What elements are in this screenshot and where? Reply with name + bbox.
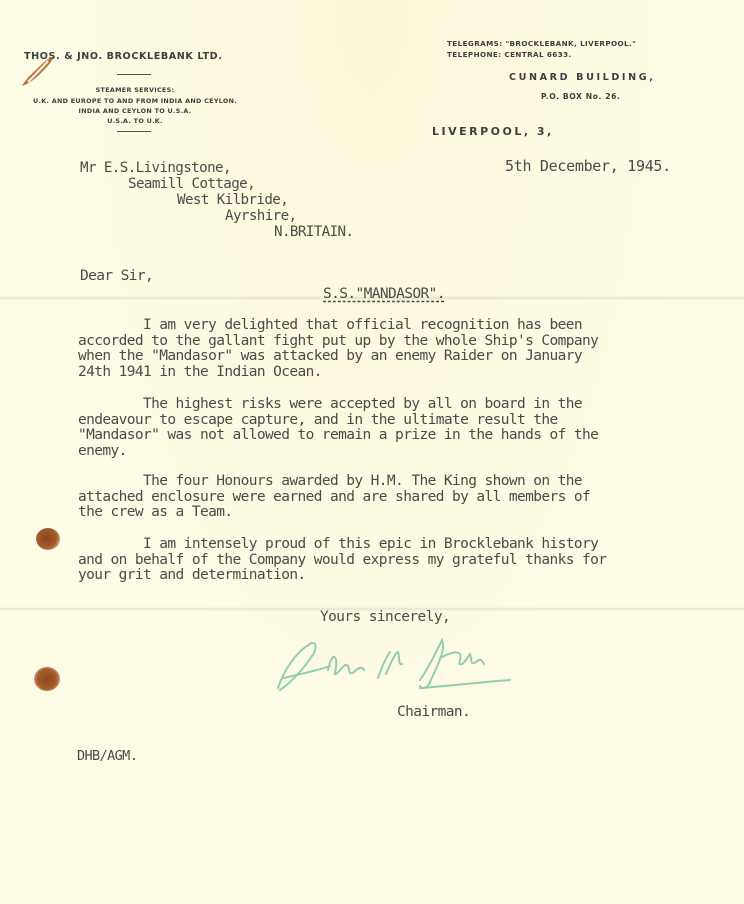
text-line: attached enclosure were earned and are s… bbox=[78, 490, 718, 506]
body-paragraph: The highest risks were accepted by all o… bbox=[78, 397, 718, 459]
text-line: and on behalf of the Company would expre… bbox=[78, 553, 718, 569]
divider bbox=[117, 131, 151, 132]
stain-mark bbox=[34, 667, 60, 691]
building-name: CUNARD BUILDING, bbox=[509, 72, 655, 83]
signatory-title: Chairman. bbox=[397, 704, 470, 720]
services-title: STEAMER SERVICES: bbox=[10, 86, 260, 94]
service-route: INDIA AND CEYLON TO U.S.A. bbox=[10, 107, 260, 115]
service-route: U.K. AND EUROPE TO AND FROM INDIA AND CE… bbox=[10, 97, 260, 105]
address-line: Mr E.S.Livingstone, bbox=[80, 160, 231, 176]
text-line: "Mandasor" was not allowed to remain a p… bbox=[78, 428, 718, 444]
letter-date: 5th December, 1945. bbox=[505, 157, 671, 175]
body-paragraph: I am very delighted that official recogn… bbox=[78, 318, 718, 380]
address-line: West Kilbride, bbox=[177, 192, 288, 208]
service-route: U.S.A. TO U.K. bbox=[10, 117, 260, 125]
city: LIVERPOOL, 3, bbox=[432, 125, 554, 138]
reference-initials: DHB/AGM. bbox=[77, 748, 137, 764]
text-line: accorded to the gallant fight put up by … bbox=[78, 334, 718, 350]
telegrams-address: TELEGRAMS: "BROCKLEBANK, LIVERPOOL." bbox=[447, 39, 636, 48]
text-line: your grit and determination. bbox=[78, 568, 718, 584]
text-line: I am very delighted that official recogn… bbox=[78, 318, 718, 334]
signature bbox=[270, 630, 520, 700]
text-line: 24th 1941 in the Indian Ocean. bbox=[78, 365, 718, 381]
text-line: the crew as a Team. bbox=[78, 505, 718, 521]
salutation: Dear Sir, bbox=[80, 268, 153, 284]
text-line: I am intensely proud of this epic in Bro… bbox=[78, 537, 718, 553]
stain-mark bbox=[36, 528, 60, 550]
closing: Yours sincerely, bbox=[320, 609, 450, 625]
po-box: P.O. BOX No. 26. bbox=[541, 92, 621, 101]
address-line: N.BRITAIN. bbox=[274, 224, 353, 240]
text-line: enemy. bbox=[78, 444, 718, 460]
text-line: The highest risks were accepted by all o… bbox=[78, 397, 718, 413]
divider bbox=[117, 74, 151, 75]
letter-paper: THOS. & JNO. BROCKLEBANK LTD. STEAMER SE… bbox=[0, 0, 744, 904]
subject-line: S.S."MANDASOR". bbox=[323, 286, 445, 302]
text-line: endeavour to escape capture, and in the … bbox=[78, 413, 718, 429]
address-line: Seamill Cottage, bbox=[128, 176, 255, 192]
text-line: The four Honours awarded by H.M. The Kin… bbox=[78, 474, 718, 490]
burn-mark-icon bbox=[16, 52, 58, 90]
body-paragraph: The four Honours awarded by H.M. The Kin… bbox=[78, 474, 718, 521]
text-line: when the "Mandasor" was attacked by an e… bbox=[78, 349, 718, 365]
address-line: Ayrshire, bbox=[225, 208, 296, 224]
body-paragraph: I am intensely proud of this epic in Bro… bbox=[78, 537, 718, 584]
telephone-number: TELEPHONE: CENTRAL 6633. bbox=[447, 50, 572, 59]
